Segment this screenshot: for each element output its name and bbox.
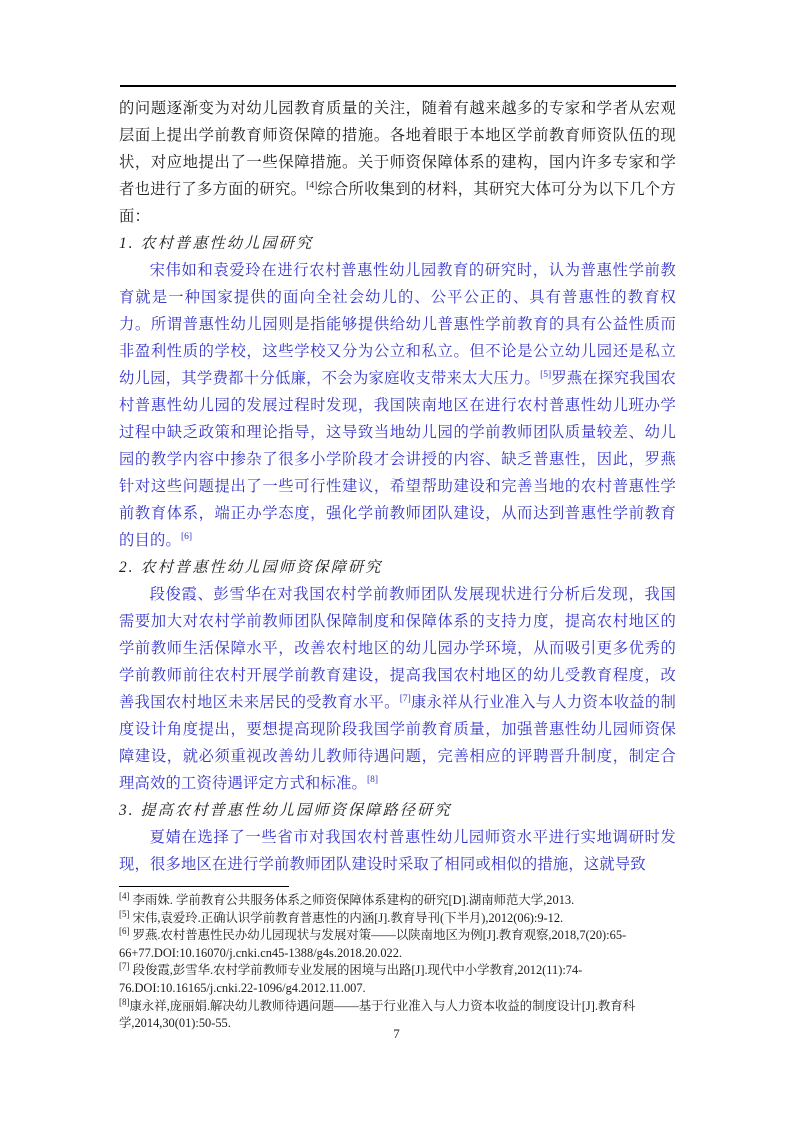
footnote: [6] 罗燕.农村普惠性民办幼儿园现状与发展对策——以陕南地区为例[J].教育观… (119, 927, 676, 962)
citation-superscript: [7] (400, 694, 411, 704)
page-header-rule (120, 85, 676, 87)
body-paragraph: 的问题逐渐变为对幼儿园教育质量的关注，随着有越来越多的专家和学者从宏观层面上提出… (119, 95, 676, 230)
text-run: 段俊霞、彭雪华在对我国农村学前教师团队发展现状进行分析后发现，我国需要加大对农村… (119, 586, 676, 711)
footnote-marker: [5] (119, 908, 130, 918)
body-paragraph: 宋伟如和袁爱玲在进行农村普惠性幼儿园教育的研究时，认为普惠性学前教育就是一种国家… (119, 257, 676, 554)
citation-superscript: [4] (306, 181, 317, 191)
section-heading: 1. 农村普惠性幼儿园研究 (119, 230, 676, 257)
text-run: 宋伟如和袁爱玲在进行农村普惠性幼儿园教育的研究时，认为普惠性学前教育就是一种国家… (119, 262, 676, 387)
footnote: [4] 李雨姝. 学前教育公共服务体系之师资保障体系建构的研究[D].湖南师范大… (119, 892, 676, 910)
citation-superscript: [8] (367, 775, 378, 785)
footnote-separator (119, 886, 289, 887)
footnote-list: [4] 李雨姝. 学前教育公共服务体系之师资保障体系建构的研究[D].湖南师范大… (119, 892, 676, 1033)
footnote: [7] 段俊霞,彭雪华.农村学前教师专业发展的困境与出路[J].现代中小学教育,… (119, 962, 676, 997)
section-heading: 3. 提高农村普惠性幼儿园师资保障路径研究 (119, 797, 676, 824)
citation-superscript: [6] (181, 532, 192, 542)
citation-superscript: [5] (540, 370, 551, 380)
footnote-marker: [7] (119, 961, 130, 971)
footnote-marker: [4] (119, 891, 130, 901)
footnote-marker: [8] (119, 996, 130, 1006)
footnote-area: [4] 李雨姝. 学前教育公共服务体系之师资保障体系建构的研究[D].湖南师范大… (119, 886, 676, 1033)
document-page: 的问题逐渐变为对幼儿园教育质量的关注，随着有越来越多的专家和学者从宏观层面上提出… (0, 0, 793, 1122)
section-heading: 2. 农村普惠性幼儿园师资保障研究 (119, 554, 676, 581)
footnote: [5] 宋伟,袁爱玲.正确认识学前教育普惠性的内涵[J].教育导刊(下半月),2… (119, 910, 676, 928)
text-run: 夏婧在选择了一些省市对我国农村普惠性幼儿园师资水平进行实地调研时发现，很多地区在… (119, 829, 676, 873)
page-number: 7 (0, 1026, 793, 1042)
body-paragraph: 段俊霞、彭雪华在对我国农村学前教师团队发展现状进行分析后发现，我国需要加大对农村… (119, 581, 676, 797)
document-body: 的问题逐渐变为对幼儿园教育质量的关注，随着有越来越多的专家和学者从宏观层面上提出… (119, 95, 676, 878)
text-run: 罗燕在探究我国农村普惠性幼儿园的发展过程时发现，我国陕南地区在进行农村普惠性幼儿… (119, 370, 676, 549)
footnote-marker: [6] (119, 926, 130, 936)
body-paragraph: 夏婧在选择了一些省市对我国农村普惠性幼儿园师资水平进行实地调研时发现，很多地区在… (119, 824, 676, 878)
